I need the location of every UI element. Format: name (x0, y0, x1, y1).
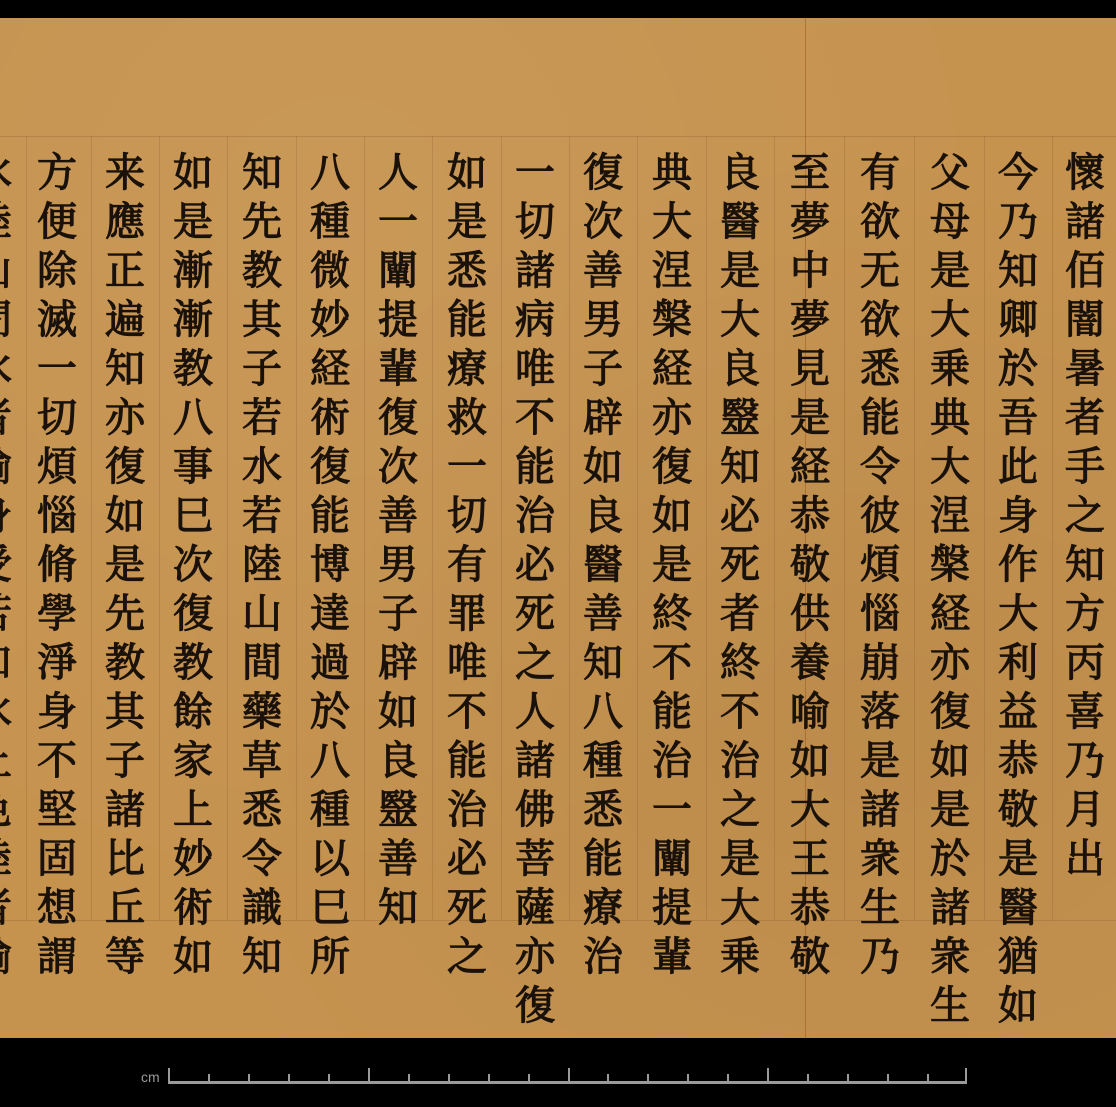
ruler-major-tick (368, 1068, 370, 1084)
character: 此 (998, 442, 1038, 491)
character: 知 (105, 344, 145, 393)
character: 是 (105, 540, 145, 589)
character: 之 (720, 785, 760, 834)
character: 闡 (378, 246, 418, 295)
character: 亦 (515, 932, 555, 981)
character: 復 (173, 589, 213, 638)
character: 辟 (378, 638, 418, 687)
character: 菩 (515, 834, 555, 883)
character: 良 (720, 148, 760, 197)
character: 辟 (583, 393, 623, 442)
column-rule (569, 136, 570, 920)
ruler-minor-tick (887, 1074, 889, 1084)
character: 衆 (930, 932, 970, 981)
character: 之 (1065, 491, 1105, 540)
character: 令 (242, 834, 282, 883)
character: 作 (998, 540, 1038, 589)
text-column: 方便除滅一切煩惱脩學淨身不堅固想謂 (27, 148, 87, 981)
character: 先 (242, 197, 282, 246)
character: 治 (583, 932, 623, 981)
character: 上 (173, 785, 213, 834)
character: 知 (998, 246, 1038, 295)
character: 崩 (860, 638, 900, 687)
column-rule (159, 136, 160, 920)
character: 衆 (860, 834, 900, 883)
character: 暑 (1065, 344, 1105, 393)
character: 等 (105, 932, 145, 981)
text-column: 典大涅槃経亦復如是終不能治一闡提輩 (642, 148, 702, 981)
character: 能 (310, 491, 350, 540)
character: 涅 (652, 246, 692, 295)
character: 教 (242, 246, 282, 295)
character: 切 (37, 393, 77, 442)
character: 必 (515, 540, 555, 589)
character: 煩 (860, 540, 900, 589)
character: 子 (583, 344, 623, 393)
character: 吾 (998, 393, 1038, 442)
character: 方 (37, 148, 77, 197)
character: 想 (37, 883, 77, 932)
character: 薩 (515, 883, 555, 932)
character: 種 (583, 736, 623, 785)
character: 醫 (583, 540, 623, 589)
character: 其 (242, 295, 282, 344)
character: 諸 (105, 785, 145, 834)
character: 養 (790, 638, 830, 687)
character: 治 (447, 785, 487, 834)
character: 佛 (515, 785, 555, 834)
character: 是 (860, 736, 900, 785)
character: 不 (447, 687, 487, 736)
text-column: 如是悉能療救一切有罪唯不能治必死之 (437, 148, 497, 981)
column-rule (501, 136, 502, 920)
character: 男 (583, 295, 623, 344)
character: 八 (173, 393, 213, 442)
character: 大 (998, 589, 1038, 638)
character: 病 (515, 295, 555, 344)
character: 苦 (0, 589, 12, 638)
character: 煩 (37, 442, 77, 491)
character: 巳 (310, 883, 350, 932)
character: 方 (1065, 589, 1105, 638)
character: 妙 (173, 834, 213, 883)
character: 水 (242, 442, 282, 491)
character: 能 (515, 442, 555, 491)
character: 水 (0, 344, 12, 393)
character: 先 (105, 589, 145, 638)
character: 餘 (173, 687, 213, 736)
character: 必 (447, 834, 487, 883)
text-column: 復次善男子辟如良醫善知八種悉能療治 (573, 148, 633, 981)
ruler-minor-tick (288, 1074, 290, 1084)
character: 陸 (0, 834, 12, 883)
character: 如 (930, 736, 970, 785)
character: 出 (1065, 834, 1105, 883)
character: 事 (173, 442, 213, 491)
character: 家 (173, 736, 213, 785)
character: 悉 (860, 344, 900, 393)
character: 唯 (447, 638, 487, 687)
character: 諸 (515, 736, 555, 785)
character: 知 (583, 638, 623, 687)
character: 子 (378, 589, 418, 638)
text-column: 父母是大乗典大涅槃経亦復如是於諸衆生 (920, 148, 980, 1030)
ruler-major-tick (568, 1068, 570, 1084)
character: 父 (930, 148, 970, 197)
character: 是 (998, 834, 1038, 883)
character: 涅 (930, 491, 970, 540)
character: 乃 (1065, 736, 1105, 785)
character: 惱 (860, 589, 900, 638)
character: 有 (860, 148, 900, 197)
character: 輩 (652, 932, 692, 981)
character: 一 (515, 148, 555, 197)
character: 良 (720, 344, 760, 393)
character: 益 (998, 687, 1038, 736)
character: 如 (998, 981, 1038, 1030)
ruler-minor-tick (328, 1074, 330, 1084)
character: 比 (105, 834, 145, 883)
character: 博 (310, 540, 350, 589)
character: 復 (652, 442, 692, 491)
character: 乃 (998, 197, 1038, 246)
character: 喻 (0, 442, 12, 491)
character: 切 (515, 197, 555, 246)
ruler-minor-tick (807, 1074, 809, 1084)
character: 不 (515, 393, 555, 442)
character: 能 (447, 295, 487, 344)
character: 若 (242, 491, 282, 540)
character: 水 (0, 148, 12, 197)
ruler-minor-tick (687, 1074, 689, 1084)
character: 之 (447, 932, 487, 981)
character: 是 (720, 246, 760, 295)
manuscript-paper: 懷諸佰闇暑者手之知方丙喜乃月出今乃知卿於吾此身作大利益恭敬是醫猶如父母是大乗典大… (0, 18, 1116, 1038)
character: 夢 (790, 197, 830, 246)
column-rule (91, 136, 92, 920)
character: 佰 (1065, 246, 1105, 295)
character: 是 (790, 393, 830, 442)
character: 山 (242, 589, 282, 638)
character: 藥 (242, 687, 282, 736)
character: 不 (652, 638, 692, 687)
character: 大 (652, 197, 692, 246)
character: 敬 (790, 932, 830, 981)
character: 者 (0, 883, 12, 932)
character: 如 (105, 491, 145, 540)
character: 大 (720, 883, 760, 932)
character: 月 (1065, 785, 1105, 834)
text-column: 人一闡提輩復次善男子辟如良毉善知 (368, 148, 428, 932)
character: 治 (652, 736, 692, 785)
character: 於 (998, 344, 1038, 393)
character: 救 (447, 393, 487, 442)
character: 陸 (0, 197, 12, 246)
character: 身 (0, 491, 12, 540)
character: 中 (790, 246, 830, 295)
character: 以 (310, 834, 350, 883)
character: 脩 (37, 540, 77, 589)
character: 諸 (1065, 197, 1105, 246)
character: 死 (720, 540, 760, 589)
character: 如 (378, 687, 418, 736)
character: 於 (310, 687, 350, 736)
character: 知 (242, 148, 282, 197)
character: 終 (652, 589, 692, 638)
character: 生 (930, 981, 970, 1030)
character: 一 (652, 785, 692, 834)
character: 夢 (790, 295, 830, 344)
character: 母 (930, 197, 970, 246)
character: 於 (930, 834, 970, 883)
character: 切 (447, 491, 487, 540)
character: 八 (310, 736, 350, 785)
character: 不 (37, 736, 77, 785)
character: 能 (447, 736, 487, 785)
character: 識 (242, 883, 282, 932)
character: 是 (930, 785, 970, 834)
text-column: 有欲无欲悉能令彼煩惱崩落是諸衆生乃 (850, 148, 910, 981)
character: 敬 (998, 785, 1038, 834)
character: 惱 (37, 491, 77, 540)
character: 子 (105, 736, 145, 785)
character: 懷 (1065, 148, 1105, 197)
character: 悉 (242, 785, 282, 834)
character: 微 (310, 246, 350, 295)
character: 猶 (998, 932, 1038, 981)
character: 如 (583, 442, 623, 491)
character: 是 (720, 834, 760, 883)
character: 堅 (37, 785, 77, 834)
character: 乃 (860, 932, 900, 981)
character: 是 (652, 540, 692, 589)
character: 丘 (105, 883, 145, 932)
character: 見 (790, 344, 830, 393)
character: 令 (860, 442, 900, 491)
text-column: 如是漸漸教八事巳次復教餘家上妙術如 (163, 148, 223, 981)
column-rule (296, 136, 297, 920)
character: 毉 (720, 393, 760, 442)
character: 善 (583, 246, 623, 295)
character: 復 (105, 442, 145, 491)
character: 経 (790, 442, 830, 491)
column-rule (432, 136, 433, 920)
character: 経 (652, 344, 692, 393)
character: 教 (105, 638, 145, 687)
character: 身 (998, 491, 1038, 540)
character: 色 (0, 785, 12, 834)
character: 今 (998, 148, 1038, 197)
character: 諸 (930, 883, 970, 932)
character: 能 (860, 393, 900, 442)
character: 闡 (652, 834, 692, 883)
ruler-minor-tick (248, 1074, 250, 1084)
character: 亦 (930, 638, 970, 687)
text-column: 八種微妙経術復能博達過於八種以巳所 (300, 148, 360, 981)
character: 一 (378, 197, 418, 246)
character: 復 (310, 442, 350, 491)
character: 應 (105, 197, 145, 246)
character: 唯 (515, 344, 555, 393)
character: 便 (37, 197, 77, 246)
column-rule (984, 136, 985, 920)
character: 必 (720, 491, 760, 540)
character: 水 (0, 687, 12, 736)
character: 若 (242, 393, 282, 442)
ruler-minor-tick (647, 1074, 649, 1084)
character: 醫 (720, 197, 760, 246)
character: 八 (310, 148, 350, 197)
character: 知 (378, 883, 418, 932)
character: 欲 (860, 197, 900, 246)
character: 典 (652, 148, 692, 197)
character: 喻 (0, 932, 12, 981)
ruler-minor-tick (927, 1074, 929, 1084)
character: 槃 (930, 540, 970, 589)
ruler-minor-tick (208, 1074, 210, 1084)
character: 療 (583, 883, 623, 932)
character: 固 (37, 834, 77, 883)
character: 大 (930, 295, 970, 344)
character: 一 (37, 344, 77, 393)
character: 典 (930, 393, 970, 442)
character: 毉 (378, 785, 418, 834)
character: 終 (720, 638, 760, 687)
character: 不 (720, 687, 760, 736)
character: 遍 (105, 295, 145, 344)
character: 醫 (998, 883, 1038, 932)
character: 如 (790, 736, 830, 785)
character: 落 (860, 687, 900, 736)
character: 如 (652, 491, 692, 540)
text-column: 知先教其子若水若陸山間藥草悉令識知 (232, 148, 292, 981)
character: 其 (105, 687, 145, 736)
character: 供 (790, 589, 830, 638)
column-rule (774, 136, 775, 920)
character: 是 (173, 197, 213, 246)
character: 如 (0, 638, 12, 687)
character: 復 (515, 981, 555, 1030)
character: 罪 (447, 589, 487, 638)
character: 乗 (720, 932, 760, 981)
column-rule (1052, 136, 1053, 920)
character: 學 (37, 589, 77, 638)
character: 治 (720, 736, 760, 785)
character: 提 (652, 883, 692, 932)
character: 復 (378, 393, 418, 442)
character: 草 (242, 736, 282, 785)
character: 経 (310, 344, 350, 393)
character: 術 (310, 393, 350, 442)
character: 身 (37, 687, 77, 736)
character: 亦 (105, 393, 145, 442)
ruler-minor-tick (607, 1074, 609, 1084)
column-rule (914, 136, 915, 920)
character: 人 (378, 148, 418, 197)
character: 能 (583, 834, 623, 883)
character: 大 (720, 295, 760, 344)
character: 復 (930, 687, 970, 736)
character: 之 (515, 638, 555, 687)
column-rule (844, 136, 845, 920)
character: 如 (447, 148, 487, 197)
character: 者 (0, 393, 12, 442)
character: 療 (447, 344, 487, 393)
character: 丙 (1065, 638, 1105, 687)
character: 来 (105, 148, 145, 197)
column-rule (364, 136, 365, 920)
column-rule (706, 136, 707, 920)
character: 能 (652, 687, 692, 736)
character: 陸 (242, 540, 282, 589)
character: 術 (173, 883, 213, 932)
character: 経 (930, 589, 970, 638)
character: 善 (583, 589, 623, 638)
character: 者 (1065, 393, 1105, 442)
character: 種 (310, 197, 350, 246)
character: 善 (378, 834, 418, 883)
character: 有 (447, 540, 487, 589)
character: 上 (0, 736, 12, 785)
character: 謂 (37, 932, 77, 981)
character: 亦 (652, 393, 692, 442)
character: 良 (378, 736, 418, 785)
character: 恭 (790, 883, 830, 932)
character: 次 (378, 442, 418, 491)
character: 巳 (173, 491, 213, 540)
character: 次 (583, 197, 623, 246)
character: 八 (583, 687, 623, 736)
character: 子 (242, 344, 282, 393)
character: 知 (720, 442, 760, 491)
character: 知 (242, 932, 282, 981)
column-rule (227, 136, 228, 920)
character: 乗 (930, 344, 970, 393)
character: 如 (173, 148, 213, 197)
character: 諸 (515, 246, 555, 295)
character: 恭 (998, 736, 1038, 785)
character: 生 (860, 883, 900, 932)
character: 一 (447, 442, 487, 491)
ruler-major-tick (965, 1068, 967, 1084)
character: 達 (310, 589, 350, 638)
text-column: 一切諸病唯不能治必死之人諸佛菩薩亦復 (505, 148, 565, 1030)
character: 至 (790, 148, 830, 197)
character: 受 (0, 540, 12, 589)
character: 者 (720, 589, 760, 638)
character: 死 (447, 883, 487, 932)
character: 手 (1065, 442, 1105, 491)
character: 知 (1065, 540, 1105, 589)
character: 提 (378, 295, 418, 344)
character: 山 (0, 246, 12, 295)
character: 恭 (790, 491, 830, 540)
character: 過 (310, 638, 350, 687)
ruled-top-border (0, 136, 1116, 137)
centimeter-ruler (168, 1068, 967, 1084)
character: 死 (515, 589, 555, 638)
character: 卿 (998, 295, 1038, 344)
character: 除 (37, 246, 77, 295)
character: 如 (173, 932, 213, 981)
character: 喻 (790, 687, 830, 736)
character: 漸 (173, 246, 213, 295)
character: 妙 (310, 295, 350, 344)
ruler-minor-tick (727, 1074, 729, 1084)
ruler-minor-tick (488, 1074, 490, 1084)
character: 悉 (583, 785, 623, 834)
character: 男 (378, 540, 418, 589)
